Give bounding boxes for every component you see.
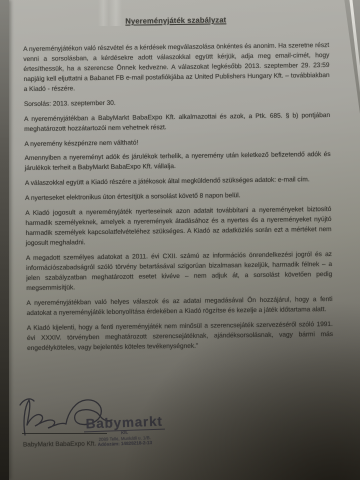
document-title: Nyereményjáték szabályzat [23, 13, 329, 29]
document-body: Nyereményjáték szabályzat A nyereményját… [23, 13, 333, 359]
paragraph: Amennyiben a nyereményt adók és járuléko… [25, 150, 331, 174]
company-name-line: BabyMarkt BabaExpo Kft. [23, 441, 96, 449]
paragraph: A nyereményjátékban a BabyMarkt BabaExpo… [24, 111, 330, 135]
paragraph: A nyereményjátékon való részvétel és a k… [23, 41, 330, 96]
document-photo: Nyereményjáték szabályzat A nyereményját… [0, 0, 360, 480]
paragraph: A nyereményjátékban való helyes válaszok… [26, 295, 332, 319]
paragraph: A Kiadó kijelenti, hogy a fenti nyeremén… [27, 320, 333, 354]
paragraph: A nyerteseket elektronikus úton értesítj… [25, 190, 331, 204]
paragraph: A válaszokkal együtt a Kiadó részére a j… [25, 175, 331, 189]
paper-left-shadow-edge [0, 0, 9, 480]
draw-date-line: Sorsolás: 2013. szeptember 30. [24, 96, 330, 110]
paragraph: A megadott személyes adatokat a 2011. év… [26, 250, 333, 295]
paragraph: A nyeremény készpénzre nem váltható! [24, 136, 330, 150]
paragraph: A Kiadó jogosult a nyereményjáték nyerte… [25, 205, 332, 250]
